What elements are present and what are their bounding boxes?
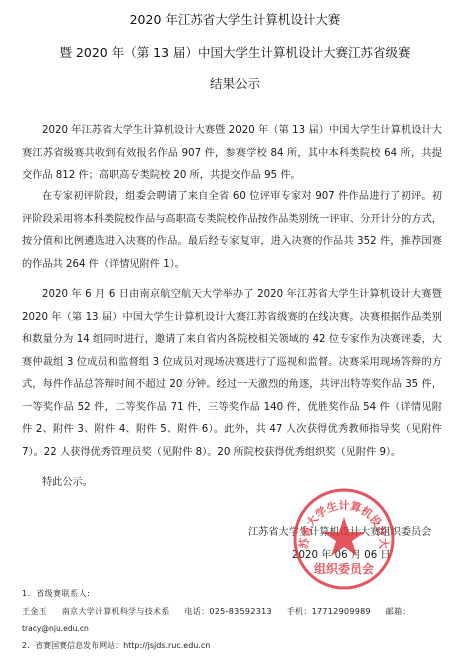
official-seal-stamp-icon: 江苏省大学生计算机设计大赛 组织委员会 <box>292 487 396 591</box>
stamp-star-icon <box>323 517 365 556</box>
contact-name: 王金玉 <box>22 607 47 616</box>
paragraph-registration-summary: 2020 年江苏省大学生计算机设计大赛暨 2020 年（第 13 届）中国大学生… <box>22 120 442 188</box>
footer-contact-details: 王金玉 南京大学计算机科学与技术系 电话：025-83592313 手机：177… <box>22 606 421 617</box>
document-title-line-1: 2020 年江苏省大学生计算机设计大赛 <box>0 12 470 28</box>
contact-email-label: 邮箱： <box>386 607 411 616</box>
contact-email[interactable]: tracy@nju.edu.cn <box>22 624 89 633</box>
contact-mobile: 手机：17712909989 <box>287 607 371 616</box>
document-title-line-3: 结果公示 <box>0 76 470 92</box>
footer-website[interactable]: 2．省赛国赛信息发布网站：http://jsjds.ruc.edu.cn <box>22 640 210 651</box>
contact-phone: 电话：025-83592313 <box>185 607 272 616</box>
paragraph-preliminary-review: 在专家初评阶段，组委会聘请了来自全省 60 位评审专家对 907 件作品进行了初… <box>22 186 442 276</box>
contact-department: 南京大学计算机科学与技术系 <box>62 607 170 616</box>
document-title-line-2: 暨 2020 年（第 13 届）中国大学生计算机设计大赛江苏省级赛 <box>0 45 470 61</box>
stamp-bottom-text: 组织委员会 <box>314 561 374 576</box>
footer-contact-heading: 1．省级赛联系人: <box>22 588 90 599</box>
paragraph-final-results: 2020 年 6 月 6 日由南京航空航天大学举办了 2020 年江苏省大学生计… <box>22 284 442 464</box>
